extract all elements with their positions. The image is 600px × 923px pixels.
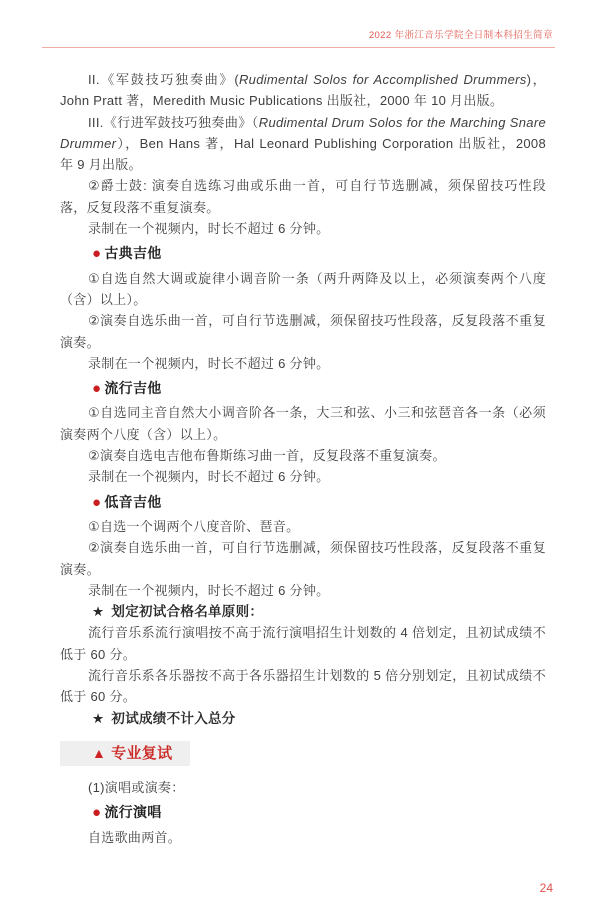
text-run: ①自选一个调两个八度音阶、琶音。	[88, 519, 299, 534]
note-heading: ★初试成绩不计入总分	[60, 708, 546, 729]
note-heading: ★划定初试合格名单原则：	[60, 601, 546, 622]
text-run: ①自选自然大调或旋律小调音阶一条（两升两降及以上，必须演奏两个八度（含）以上）。	[60, 271, 546, 307]
star-icon: ★	[92, 604, 104, 619]
italic-text-run: Rudimental Solos for Accomplished Drumme…	[239, 72, 527, 87]
section-heading: ●低音吉他	[60, 492, 546, 513]
page-body: II.《军鼓技巧独奏曲》(Rudimental Solos for Accomp…	[60, 69, 546, 848]
text-run: 录制在一个视频内，时长不超过 6 分钟。	[88, 583, 329, 598]
paragraph: 流行音乐系流行演唱按不高于流行演唱招生计划数的 4 倍划定，且初试成绩不低于 6…	[60, 622, 546, 665]
paragraph: 录制在一个视频内，时长不超过 6 分钟。	[60, 580, 546, 601]
bullet-dot-icon: ●	[92, 494, 101, 511]
paragraph: ①自选同主音自然大小调音阶各一条，大三和弦、小三和弦琶音各一条（必须演奏两个八度…	[60, 402, 546, 445]
text-run: ②演奏自选乐曲一首，可自行节选删减，须保留技巧性段落，反复段落不重复演奏。	[60, 540, 546, 576]
section-banner-row: ▲专业复试	[60, 729, 546, 777]
paragraph: (1)演唱或演奏：	[60, 777, 546, 798]
section-heading: ●古典吉他	[60, 243, 546, 264]
text-run: ②爵士鼓: 演奏自选练习曲或乐曲一首，可自行节选删减，须保留技巧性段落，反复段落…	[60, 178, 546, 214]
page-number: 24	[540, 881, 553, 895]
paragraph: ②爵士鼓: 演奏自选练习曲或乐曲一首，可自行节选删减，须保留技巧性段落，反复段落…	[60, 175, 546, 218]
bullet-dot-icon: ●	[92, 380, 101, 397]
star-icon: ★	[92, 711, 104, 726]
paragraph: III.《行进军鼓技巧独奏曲》（Rudimental Drum Solos fo…	[60, 112, 546, 176]
page-header-title: 2022 年浙江音乐学院全日制本科招生简章	[369, 27, 553, 41]
text-run: ②演奏自选乐曲一首，可自行节选删减，须保留技巧性段落，反复段落不重复演奏。	[60, 313, 546, 349]
paragraph: ②演奏自选电吉他布鲁斯练习曲一首，反复段落不重复演奏。	[60, 445, 546, 466]
paragraph: ①自选一个调两个八度音阶、琶音。	[60, 516, 546, 537]
paragraph: 流行音乐系各乐器按不高于各乐器招生计划数的 5 倍分别划定，且初试成绩不低于 6…	[60, 665, 546, 708]
text-run: ①自选同主音自然大小调音阶各一条，大三和弦、小三和弦琶音各一条（必须演奏两个八度…	[60, 405, 546, 441]
text-run: 录制在一个视频内，时长不超过 6 分钟。	[88, 469, 329, 484]
paragraph: ②演奏自选乐曲一首，可自行节选删减，须保留技巧性段落，反复段落不重复演奏。	[60, 537, 546, 580]
note-heading-label: 初试成绩不计入总分	[111, 711, 235, 726]
text-run: ②演奏自选电吉他布鲁斯练习曲一首，反复段落不重复演奏。	[88, 448, 446, 463]
section-heading-label: 低音吉他	[104, 494, 161, 510]
section-heading-label: 古典吉他	[104, 245, 161, 261]
section-heading-label: 流行演唱	[104, 804, 161, 820]
triangle-icon: ▲	[92, 745, 106, 761]
paragraph: ②演奏自选乐曲一首，可自行节选删减，须保留技巧性段落，反复段落不重复演奏。	[60, 310, 546, 353]
paragraph: II.《军鼓技巧独奏曲》(Rudimental Solos for Accomp…	[60, 69, 546, 112]
document-page: 2022 年浙江音乐学院全日制本科招生简章 II.《军鼓技巧独奏曲》(Rudim…	[0, 0, 600, 923]
bullet-dot-icon: ●	[92, 245, 101, 262]
text-run: 流行音乐系各乐器按不高于各乐器招生计划数的 5 倍分别划定，且初试成绩不低于 6…	[60, 668, 546, 704]
section-heading-label: 流行吉他	[104, 380, 161, 396]
text-run: III.《行进军鼓技巧独奏曲》（	[88, 115, 259, 130]
text-run: ），Ben Hans 著，Hal Leonard Publishing Corp…	[60, 136, 546, 172]
paragraph: 录制在一个视频内，时长不超过 6 分钟。	[60, 466, 546, 487]
paragraph: 录制在一个视频内，时长不超过 6 分钟。	[60, 353, 546, 374]
section-heading: ●流行演唱	[60, 802, 546, 823]
paragraph: ①自选自然大调或旋律小调音阶一条（两升两降及以上，必须演奏两个八度（含）以上）。	[60, 268, 546, 311]
text-run: II.《军鼓技巧独奏曲》(	[88, 72, 239, 87]
text-run: 录制在一个视频内，时长不超过 6 分钟。	[88, 356, 329, 371]
bullet-dot-icon: ●	[92, 804, 101, 821]
section-banner-label: 专业复试	[111, 745, 172, 762]
note-heading-label: 划定初试合格名单原则：	[111, 604, 263, 619]
section-banner: ▲专业复试	[60, 741, 190, 766]
text-run: 自选歌曲两首。	[88, 830, 181, 845]
section-heading: ●流行吉他	[60, 378, 546, 399]
text-run: (1)演唱或演奏：	[88, 780, 185, 795]
paragraph: 自选歌曲两首。	[60, 827, 546, 848]
text-run: 流行音乐系流行演唱按不高于流行演唱招生计划数的 4 倍划定，且初试成绩不低于 6…	[60, 625, 546, 661]
text-run: 录制在一个视频内，时长不超过 6 分钟。	[88, 221, 329, 236]
paragraph: 录制在一个视频内，时长不超过 6 分钟。	[60, 218, 546, 239]
header-rule	[42, 47, 555, 48]
